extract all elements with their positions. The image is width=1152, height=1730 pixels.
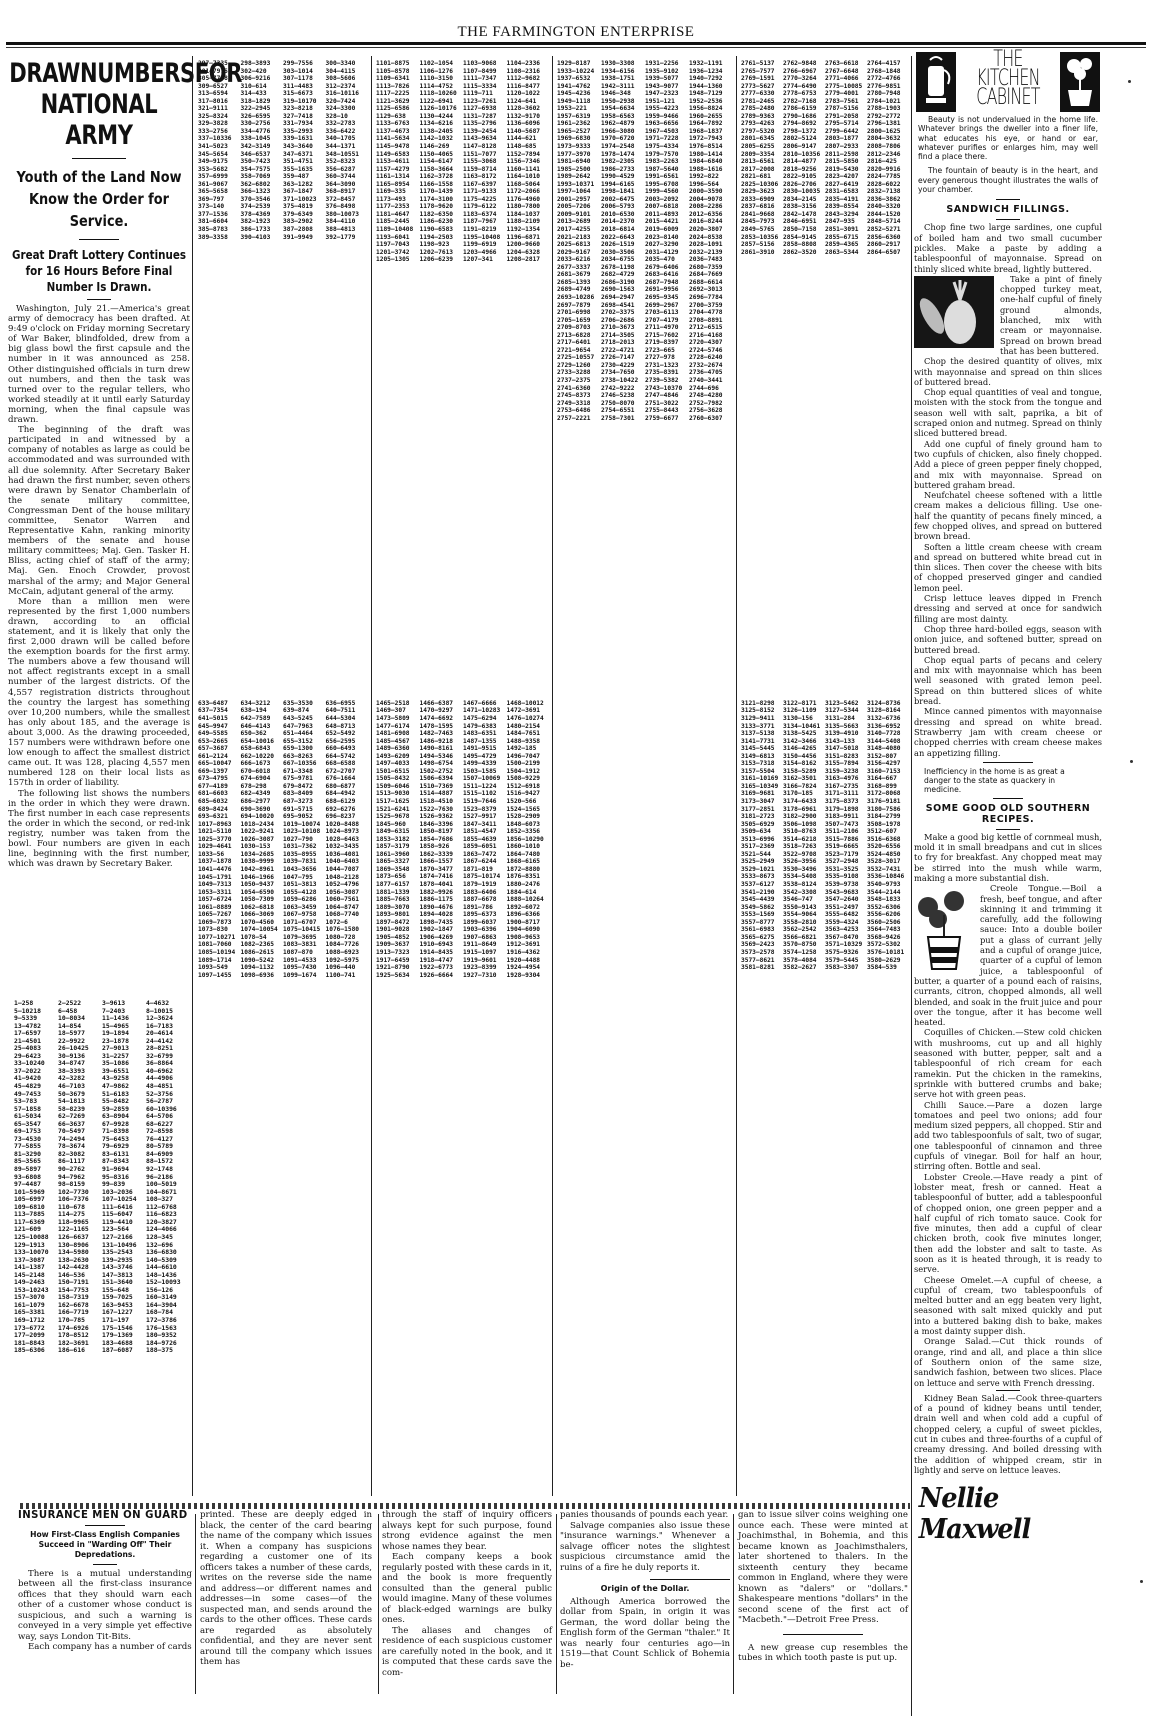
number-row: 2833–69092834–21452835–41912836–3862 (741, 196, 909, 204)
draft-number-entry: 1143–9634 (463, 135, 507, 143)
draft-number-entry: 1511–1224 (463, 783, 507, 791)
draft-number-entry: 3174–6433 (783, 798, 825, 806)
draft-number-entry: 3172–8068 (867, 790, 909, 798)
draft-number-entry: 2702–3375 (601, 309, 645, 317)
draft-number-entry: 3163–4976 (825, 775, 867, 783)
draft-number-entry: 3542–3308 (783, 889, 825, 897)
draft-number-entry: 2724–5746 (689, 347, 733, 355)
number-row: 3517–23693518–72633519–66653520–6556 (741, 843, 909, 851)
draft-number-entry: 1048–2128 (326, 874, 369, 882)
draft-number-entry: 2685–1393 (557, 279, 601, 287)
draft-number-entry: 1897–8472 (376, 919, 420, 927)
draft-number-entry: 319–10170 (283, 98, 326, 106)
number-row: 1169—3351170–14391171–91331172–2066 (376, 188, 550, 196)
draft-number-entry: 1174–3100 (420, 196, 464, 204)
draft-number-entry: 1086–2615 (241, 949, 284, 957)
draft-number-entry: 1187–7967 (463, 218, 507, 226)
draft-number-entry: 1200–9660 (507, 241, 551, 249)
number-row: 677–4189678—298679–8472680–6877 (198, 783, 368, 791)
draft-number-entry: 2687–7948 (645, 279, 689, 287)
draft-number-entry: 339–1631 (283, 135, 326, 143)
draft-number-entry: 1192–1354 (507, 226, 551, 234)
draft-number-entry: 1938–1751 (601, 75, 645, 83)
number-row: 1521–62411522–76301523–83791524–1565 (376, 806, 550, 814)
draft-number-entry: 1034–2685 (241, 851, 284, 859)
number-row: 653–2665654–10016655–3152656–2595 (198, 738, 368, 746)
draft-number-entry: 1891—786 (463, 904, 507, 912)
draft-number-entry: 1997–1064 (557, 188, 601, 196)
draft-number-entry: 1059–6286 (283, 896, 326, 904)
draft-number-entry: 1917–6459 (376, 957, 420, 965)
draft-number-entry: 2747–4846 (645, 392, 689, 400)
draft-number-entry: 3544–2144 (867, 889, 909, 897)
draft-number-entry: 3521—544 (741, 851, 783, 859)
draft-number-entry: 1060–7561 (326, 896, 369, 904)
draft-number-entry: 187–6087 (102, 1347, 146, 1355)
draft-number-entry: 2861–3910 (741, 249, 783, 257)
draft-number-entry: 1184–1037 (507, 211, 551, 219)
draft-number-entry: 1865–3327 (376, 858, 420, 866)
paragraph: Each company keeps a book regularly post… (382, 1552, 552, 1626)
draft-number-entry: 1022–9241 (241, 828, 284, 836)
number-row: 693–6321694–10020695–9052696–8237 (198, 813, 368, 821)
number-row: 649–5585650—362651–4464652–5492 (198, 730, 368, 738)
draft-number-entry: 2725–10557 (557, 354, 601, 362)
draft-number-entry: 1139–2454 (463, 128, 507, 136)
draft-number-entry: 3146–4265 (783, 745, 825, 753)
draft-number-entry: 658–6843 (241, 745, 284, 753)
draft-number-entry: 2845–7973 (741, 218, 783, 226)
draft-number-entry: 662–10220 (241, 753, 284, 761)
draft-number-entry: 671–3348 (283, 768, 326, 776)
draft-number-entry: 678—298 (241, 783, 284, 791)
number-row: 1061–88891062–68181063–34591064–8747 (198, 904, 368, 912)
draft-number-entry: 3149–6813 (741, 753, 783, 761)
draft-number-entry: 2860–2917 (867, 241, 909, 249)
number-row: 2797–53202798–13722799–64422800–1625 (741, 128, 909, 136)
subheadline: How First-Class English Companies Succee… (18, 1530, 192, 1560)
draft-number-entry: 1851–4547 (463, 828, 507, 836)
draft-number-entry: 378–4369 (241, 211, 284, 219)
draft-number-entry: 3511–2106 (825, 828, 867, 836)
draft-number-entry: 1088–6923 (326, 949, 369, 957)
draft-number-entry: 1056–3087 (326, 889, 369, 897)
number-row: 1897–84721898–74351899–60371900–8717 (376, 919, 550, 927)
draft-number-entry: 380–10073 (326, 211, 369, 219)
number-row: 1929–81871930–33081931–22561932–1191 (557, 60, 733, 68)
number-row: 3125–81523126–11093127–53443128–8164 (741, 707, 909, 715)
draft-number-entry: 1166–1558 (420, 181, 464, 189)
draft-number-entry: 1952–2536 (689, 98, 733, 106)
draft-number-entry: 1023–10108 (283, 828, 326, 836)
draft-number-entry: 641–5015 (198, 715, 241, 723)
draft-number-entry: 1094–1132 (241, 964, 284, 972)
number-row: 3169–96813170—1853171–31113172–8068 (741, 790, 909, 798)
draft-number-entry: 2743–10370 (645, 385, 689, 393)
draft-number-entry: 2001–2957 (557, 196, 601, 204)
draft-number-entry: 3527–2948 (825, 858, 867, 866)
number-row: 1133–67631134–62161135–27961136–6096 (376, 120, 550, 128)
draft-number-entry: 3123–5462 (825, 700, 867, 708)
draft-number-entry: 3161–10169 (741, 775, 783, 783)
draft-number-entry: 3540–9793 (867, 881, 909, 889)
draft-number-entry: 1032–3435 (326, 843, 369, 851)
draft-number-entry: 1926–6664 (420, 972, 464, 980)
draft-number-entry: 1027—790 (283, 836, 326, 844)
draft-number-entry: 1902–1847 (420, 926, 464, 934)
draft-number-entry: 388–4813 (326, 226, 369, 234)
draft-number-entry: 2752–7982 (689, 400, 733, 408)
draft-number-entry: 2010–6530 (601, 211, 645, 219)
draft-number-entry: 1931–2256 (645, 60, 689, 68)
draft-number-entry: 1878–4041 (420, 881, 464, 889)
spacer (741, 256, 909, 700)
draft-number-entry: 2740–3441 (689, 377, 733, 385)
draft-number-entry: 381–6604 (198, 218, 241, 226)
draft-number-entry: 1108–2316 (507, 68, 551, 76)
paragraph: through the staff of inquiry officers al… (382, 1510, 552, 1552)
draft-number-entry: 2801–6345 (741, 135, 783, 143)
number-row: 2029–91672030–35062031–41292032–2139 (557, 249, 733, 257)
draft-number-entry: 343–3640 (283, 143, 326, 151)
draft-number-entry: 1180–7800 (507, 203, 551, 211)
draft-number-entry: 299–7556 (283, 60, 326, 68)
draft-number-entry: 2680–7359 (689, 264, 733, 272)
masthead-rule (6, 42, 1146, 45)
draft-number-entry: 1087—870 (283, 949, 326, 957)
draft-number-entry: 3519–6665 (825, 843, 867, 851)
draft-number-entry: 1186–6230 (420, 218, 464, 226)
draft-number-entry: 1956–8824 (689, 105, 733, 113)
draft-number-entry: 1021–5110 (198, 828, 241, 836)
draft-number-entry: 1999–4560 (645, 188, 689, 196)
number-row: 3513–69963514–62183515–78863516–6368 (741, 836, 909, 844)
draft-number-entry: 1875–10174 (463, 873, 507, 881)
number-row: 297–7335298–3893299–7556300–3340 (198, 60, 368, 68)
title-line: CABINET (971, 88, 1046, 107)
draft-number-entry: 3140–7728 (867, 730, 909, 738)
draft-number-entry: 3541–2190 (741, 889, 783, 897)
column-divider (556, 1514, 557, 1694)
number-row: 341–5023342–3149343–3640344–1371 (198, 143, 368, 151)
number-row: 1041–44761042–89611043–36561044–7087 (198, 866, 368, 874)
draft-number-entry: 2707–4179 (645, 317, 689, 325)
number-row: 685–6032686–2977687–3273688–6129 (198, 798, 368, 806)
draft-number-entry: 1050–9437 (241, 881, 284, 889)
sandwich-fillings-body: Chop fine two large sardines, one cupful… (914, 222, 1102, 757)
draft-number-entry: 1489–6360 (376, 745, 420, 753)
draft-number-entry: 2696–7784 (689, 294, 733, 302)
rule (996, 829, 1020, 830)
draft-number-entry: 3128–8164 (867, 707, 909, 715)
draft-number-entry: 3184–2799 (867, 813, 909, 821)
number-row: 1121–36291122–69411123–72611124—641 (376, 98, 550, 106)
draft-number-entry: 3525–2949 (741, 858, 783, 866)
number-row: 1037–18781038–99991039–78311040–6403 (198, 858, 368, 866)
draft-number-entry: 1083–3831 (283, 941, 326, 949)
draft-number-entry: 3154–8162 (783, 760, 825, 768)
draft-number-entry: 2847—935 (825, 218, 867, 226)
headline: NATIONAL ARMY (9, 89, 188, 151)
draft-number-entry: 1884—614 (507, 889, 551, 897)
draft-number-entry: 2857–5156 (741, 241, 783, 249)
number-row: 3141–77313142–34663143—1333144–5408 (741, 738, 909, 746)
column-divider (911, 56, 912, 1716)
draft-number-entry: 1927–7310 (463, 972, 507, 980)
draft-number-entry: 324–3300 (326, 105, 369, 113)
number-row: 1161–13141162–37281163–81721164–1010 (376, 173, 550, 181)
draft-number-entry: 3505–6929 (741, 821, 783, 829)
kitchen-cabinet-column: THE KITCHEN CABINET Beauty is not underv… (914, 50, 1102, 1545)
number-row: 2741–63602742–92222743–103702744—696 (557, 385, 733, 393)
draft-number-entry: 1165–8954 (376, 181, 420, 189)
draft-number-entry: 1062–6818 (241, 904, 284, 912)
draft-number-entry: 1151–7077 (463, 151, 507, 159)
draft-number-entry: 357–6999 (198, 173, 241, 181)
draft-number-entry: 3534–5408 (783, 873, 825, 881)
draft-number-entry: 2796–1381 (867, 120, 909, 128)
draft-number-entry: 1881–1339 (376, 889, 420, 897)
number-row: 645–9947646–4143647–7963648–8713 (198, 723, 368, 731)
draft-number-entry: 3538–8124 (783, 881, 825, 889)
draft-number-entry: 1206–6239 (420, 256, 464, 264)
draft-number-entry: 2864–6507 (867, 249, 909, 257)
number-row: 1997–10641998–18411999–45602000–3590 (557, 188, 733, 196)
draft-number-entry: 3132–6736 (867, 715, 909, 723)
draft-number-entry: 1168–5064 (507, 181, 551, 189)
number-row: 1089–17141090–52421091–45331092–5975 (198, 957, 368, 965)
draft-number-entry: 679–8472 (283, 783, 326, 791)
number-row: 2829–36232830–100352831–65832832–7138 (741, 188, 909, 196)
draft-number-entry: 1986–2733 (601, 166, 645, 174)
number-row: 1845—9601846–33961847–34111848–6073 (376, 821, 550, 829)
draft-number-entry: 2830–10035 (783, 188, 825, 196)
draft-number-entry: 644–5304 (326, 715, 369, 723)
draft-number-entry: 1987–5640 (645, 166, 689, 174)
draft-number-entry: 1847–3411 (463, 821, 507, 829)
draft-number-entry: 2850–7158 (783, 226, 825, 234)
draft-number-entry: 2021–2183 (557, 234, 601, 242)
draft-number-entry: 1080—728 (326, 934, 369, 942)
draft-number-entry: 1129—638 (376, 113, 420, 121)
draft-number-entry: 1889–3070 (376, 904, 420, 912)
draft-number-entry: 2002–6475 (601, 196, 645, 204)
draft-number-entry: 308–5606 (326, 75, 369, 83)
draft-number-entry: 2005–7206 (557, 203, 601, 211)
draft-number-entry: 1492—185 (507, 745, 551, 753)
draft-number-entry: 1058–7309 (241, 896, 284, 904)
draft-number-entry: 1874–7416 (420, 873, 464, 881)
draft-number-entry: 2751–3022 (645, 400, 689, 408)
draft-number-entry: 1046–1966 (241, 874, 284, 882)
draft-number-entry: 3122–8171 (783, 700, 825, 708)
draft-number-entry: 3565–6275 (741, 934, 783, 942)
draft-number-entry: 1998–1841 (601, 188, 645, 196)
draft-number-entry: 1093—549 (198, 964, 241, 972)
draft-number-entry: 1042–8961 (241, 866, 284, 874)
draft-number-entry: 1915–1097 (463, 949, 507, 957)
number-row: 1953—2211954–66341955–42231956–8824 (557, 105, 733, 113)
draft-number-entry: 3182–2900 (783, 813, 825, 821)
draft-number-entry: 1152–7894 (507, 151, 551, 159)
draft-number-entry: 3557–8777 (741, 919, 783, 927)
draft-number-entry: 1963–6656 (645, 120, 689, 128)
draft-number-entry: 2720–4307 (689, 339, 733, 347)
number-row: 1153–46111154–61471155–30681156–7346 (376, 158, 550, 166)
number-row: 3161–101693162–35013163–49763164—667 (741, 775, 909, 783)
draft-number-entry: 1079–3695 (283, 934, 326, 942)
draft-number-entry: 633–6487 (198, 700, 241, 708)
draft-number-entry: 1969–6830 (557, 135, 601, 143)
draft-number-entry: 1025–3770 (198, 836, 241, 844)
draft-number-entry: 2688–6614 (689, 279, 733, 287)
draft-number-entry: 1953—221 (557, 105, 601, 113)
draft-number-entry: 1167–6397 (463, 181, 507, 189)
draft-number-entry: 2697–7879 (557, 302, 601, 310)
paragraph: Add one cupful of finely ground ham to t… (914, 439, 1102, 490)
draft-number-entry: 1943–9077 (645, 83, 689, 91)
number-row: 1477–61741478–15951479–63831480–2154 (376, 723, 550, 731)
draft-number-entry: 362–6802 (241, 181, 284, 189)
draft-number-entry: 2774–6490 (783, 83, 825, 91)
paragraph: Washington, July 21.—America's great arm… (8, 304, 190, 425)
number-row: 2701–69982702–33752703–61132704–4778 (557, 309, 733, 317)
paragraph: printed. These are deeply edged in black… (200, 1510, 372, 1668)
draft-number-entry: 1982–2305 (601, 158, 645, 166)
draft-number-entry: 350–7423 (241, 158, 284, 166)
draft-number-entry: 2713–6828 (557, 332, 601, 340)
draft-number-entry: 1924–4954 (507, 964, 551, 972)
kidney-bean-salad: Kidney Bean Salad.—Cook three-quarters o… (914, 1393, 1102, 1475)
number-row: 2861–39102862–35202863–53442864–6507 (741, 249, 909, 257)
number-row: 1905–48521906–42691907–68631908–9653 (376, 934, 550, 942)
draft-number-entry: 1919–9601 (463, 957, 507, 965)
draft-number-entry: 1911–8649 (463, 941, 507, 949)
draft-number-entry: 2689–4749 (557, 286, 601, 294)
draft-number-entry: 329–3828 (198, 120, 241, 128)
draft-number-entry: 1078–54 (241, 934, 284, 942)
draft-number-entry: 2820–9916 (867, 166, 909, 174)
draft-number-entry: 1954–6634 (601, 105, 645, 113)
draft-number-entry: 3576–10181 (867, 949, 909, 957)
draft-number-entry: 664–5742 (326, 753, 369, 761)
draft-number-entry: 3164—667 (867, 775, 909, 783)
draft-number-entry: 1985–2500 (557, 166, 601, 174)
draft-number-entry: 2760–6307 (689, 415, 733, 423)
draft-number-entry: 677–4189 (198, 783, 241, 791)
draft-number-entry: 1051–3813 (283, 881, 326, 889)
paragraph: Chop three hard-boiled eggs, season with… (914, 624, 1102, 655)
number-row: 1185–24451186–62301187–79671188–2109 (376, 218, 550, 226)
number-row: 357–6999358–7069359—487360–3744 (198, 173, 368, 181)
scan-artifact (1130, 760, 1133, 763)
draft-number-entry: 2817–2008 (741, 166, 783, 174)
draft-number-entry: 2699–2967 (645, 302, 689, 310)
draft-number-entry: 3550–9143 (783, 904, 825, 912)
section-heading: SANDWICH FILLINGS. (914, 204, 1102, 215)
draft-number-entry: 1913–7323 (376, 949, 420, 957)
draft-number-entry: 1526–9362 (420, 813, 464, 821)
draft-number-entry: 1528–2909 (507, 813, 551, 821)
number-row: 369—797370–3546371–10023372–8457 (198, 196, 368, 204)
draft-number-entry: 1203–4966 (463, 249, 507, 257)
number-row: 3129–94113130—1563131—2843132–6736 (741, 715, 909, 723)
draft-number-entry: 1936–1234 (689, 68, 733, 76)
draft-number-entry: 1114–4752 (420, 83, 464, 91)
draft-number-entry: 1161–1314 (376, 173, 420, 181)
draft-number-entry: 2771–4066 (825, 75, 867, 83)
number-row: 1489–63601490–81611491–95151492—185 (376, 745, 550, 753)
draft-number-entry: 3181–2723 (741, 813, 783, 821)
number-row: 3545–44393546—7473547–26403548–1833 (741, 896, 909, 904)
draft-number-entry: 2782–7168 (783, 98, 825, 106)
draft-number-entry: 3148–4080 (867, 745, 909, 753)
draft-number-entry: 1941–4762 (557, 83, 601, 91)
draft-number-entry: 634–3212 (241, 700, 284, 708)
number-row: 1149–65831150–40651151–70771152–7894 (376, 151, 550, 159)
draft-number-entry: 3151–8283 (825, 753, 867, 761)
draft-number-entry: 1873—656 (376, 873, 420, 881)
number-row: 1021–51101022–92411023–101081024–8973 (198, 828, 368, 836)
draft-number-entry: 640–7511 (326, 707, 369, 715)
draft-number-entry: 1019–10074 (283, 821, 326, 829)
paragraph: The following list shows the numbers in … (8, 789, 190, 870)
draft-number-entry: 2704–4778 (689, 309, 733, 317)
draft-number-entry: 1974–2548 (601, 143, 645, 151)
draft-number-entry: 1199–6919 (463, 241, 507, 249)
draft-number-entry: 2791–2058 (825, 113, 867, 121)
rule (996, 199, 1020, 200)
draft-number-entry: 1981–6940 (557, 158, 601, 166)
draft-number-entry: 1970–6720 (601, 135, 645, 143)
number-row: 317–8016318–1829319–10170320–7424 (198, 98, 368, 106)
draft-number-entry: 1098–6936 (241, 972, 284, 980)
draft-number-entry: 1940–7292 (689, 75, 733, 83)
draft-number-entry: 383–2902 (283, 218, 326, 226)
draft-number-entry: 2754–6551 (601, 407, 645, 415)
draft-number-entry: 1039–7831 (283, 858, 326, 866)
draft-number-entry: 1976–8514 (689, 143, 733, 151)
number-row: 365–5658366–1323367–1847368–8917 (198, 188, 368, 196)
draft-number-entry: 1520—566 (507, 798, 551, 806)
draft-number-entry: 3135–5663 (825, 723, 867, 731)
kitchen-cabinet-intro: Beauty is not undervalued in the home li… (918, 115, 1098, 194)
draft-number-entry: 1906–4269 (420, 934, 464, 942)
draft-number-entry: 3124–8736 (867, 700, 909, 708)
draft-number-entry: 1910–6943 (420, 941, 464, 949)
draft-number-entry: 2000–3590 (689, 188, 733, 196)
number-row: 1985–25001986–27331987–56401988–1616 (557, 166, 733, 174)
draft-number-entry: 1503–1585 (463, 768, 507, 776)
draft-number-entry: 1894–4028 (420, 911, 464, 919)
number-row: 2841–96682842–14782843–32942844–1520 (741, 211, 909, 219)
draft-number-entry: 2840–3320 (867, 203, 909, 211)
number-row: 313–6594314—433315–6673316–10116 (198, 90, 368, 98)
draft-number-entry: 1923–8399 (463, 964, 507, 972)
draft-number-entry: 2761–5137 (741, 60, 783, 68)
number-row: 3581–82813582–26273583–33073584—539 (741, 964, 909, 972)
number-row: 641–5015642–7589643–5245644–5304 (198, 715, 368, 723)
draft-number-entry: 3125–8152 (741, 707, 783, 715)
draft-number-entry: 1150–4065 (420, 151, 464, 159)
number-row: 2017–42552018–68142019–60092020–3807 (557, 226, 733, 234)
draft-number-entry: 2788–1903 (867, 105, 909, 113)
draft-number-entry: 2705–1659 (557, 317, 601, 325)
draft-number-entry: 2836–3862 (867, 196, 909, 204)
draft-number-entry: 317–8016 (198, 98, 241, 106)
draft-number-entry: 1846–3396 (420, 821, 464, 829)
subheadline: Youth of the Land Now Know the Order for… (10, 166, 187, 232)
